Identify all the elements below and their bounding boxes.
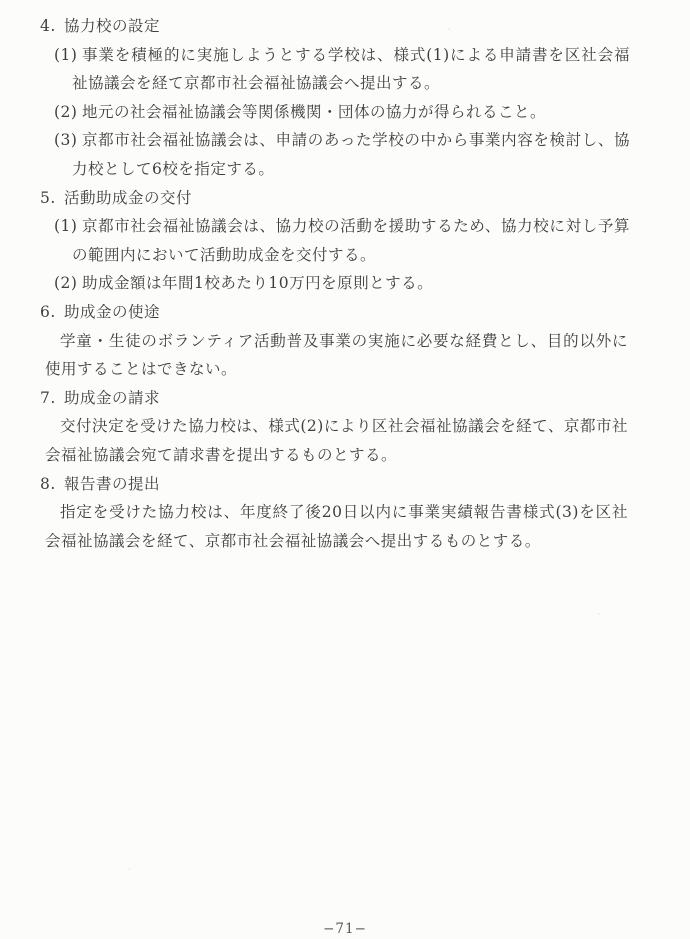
item-text: 京都市社会福祉協議会は、協力校の活動を援助するため、協力校に対し予算の範囲内にお… xyxy=(72,217,630,264)
section-heading: 8.報告書の提出 xyxy=(0,470,690,499)
item-text: 地元の社会福祉協議会等関係機関・団体の協力が得られること。 xyxy=(82,103,546,121)
section-number: 5. xyxy=(40,184,64,213)
item-text: 事業を積極的に実施しようとする学校は、様式(1)による申請書を区社会福祉協議会を… xyxy=(72,46,630,93)
section-number: 4. xyxy=(40,12,64,41)
list-item: (3)京都市社会福祉協議会は、申請のあった学校の中から事業内容を検討し、協力校と… xyxy=(72,126,630,183)
section-number: 6. xyxy=(40,298,64,327)
list-item: (1)事業を積極的に実施しようとする学校は、様式(1)による申請書を区社会福祉協… xyxy=(72,41,630,98)
section-heading: 5.活動助成金の交付 xyxy=(0,184,690,213)
section-number: 8. xyxy=(40,470,64,499)
section-6: 6.助成金の使途 学童・生徒のボランティア活動普及事業の実施に必要な経費とし、目… xyxy=(0,298,690,384)
section-heading: 6.助成金の使途 xyxy=(0,298,690,327)
item-text: 助成金額は年間1校あたり10万円を原則とする。 xyxy=(82,274,433,292)
item-marker: (1) xyxy=(54,212,77,241)
section-title: 活動助成金の交付 xyxy=(64,189,192,207)
section-paragraph: 学童・生徒のボランティア活動普及事業の実施に必要な経費とし、目的以外に使用するこ… xyxy=(45,327,628,384)
section-title: 助成金の使途 xyxy=(64,303,160,321)
section-title: 助成金の請求 xyxy=(64,389,160,407)
list-item: (2)助成金額は年間1校あたり10万円を原則とする。 xyxy=(72,269,630,298)
list-item: (1)京都市社会福祉協議会は、協力校の活動を援助するため、協力校に対し予算の範囲… xyxy=(72,212,630,269)
section-paragraph: 交付決定を受けた協力校は、様式(2)により区社会福祉協議会を経て、京都市社会福祉… xyxy=(45,412,628,469)
item-marker: (3) xyxy=(54,126,77,155)
item-text: 京都市社会福祉協議会は、申請のあった学校の中から事業内容を検討し、協力校として6… xyxy=(72,131,630,178)
section-title: 報告書の提出 xyxy=(64,475,160,493)
list-item: (2)地元の社会福祉協議会等関係機関・団体の協力が得られること。 xyxy=(72,98,630,127)
item-marker: (1) xyxy=(54,41,77,70)
section-paragraph: 指定を受けた協力校は、年度終了後20日以内に事業実績報告書様式(3)を区社会福祉… xyxy=(45,498,628,555)
section-8: 8.報告書の提出 指定を受けた協力校は、年度終了後20日以内に事業実績報告書様式… xyxy=(0,470,690,556)
page-number: −71− xyxy=(0,921,690,937)
section-7: 7.助成金の請求 交付決定を受けた協力校は、様式(2)により区社会福祉協議会を経… xyxy=(0,384,690,470)
section-title: 協力校の設定 xyxy=(64,17,160,35)
section-number: 7. xyxy=(40,384,64,413)
document-body: 4.協力校の設定 (1)事業を積極的に実施しようとする学校は、様式(1)による申… xyxy=(0,12,690,555)
section-4: 4.協力校の設定 (1)事業を積極的に実施しようとする学校は、様式(1)による申… xyxy=(0,12,690,184)
item-marker: (2) xyxy=(54,98,77,127)
item-marker: (2) xyxy=(54,269,77,298)
section-heading: 4.協力校の設定 xyxy=(0,12,690,41)
section-heading: 7.助成金の請求 xyxy=(0,384,690,413)
section-5: 5.活動助成金の交付 (1)京都市社会福祉協議会は、協力校の活動を援助するため、… xyxy=(0,184,690,298)
